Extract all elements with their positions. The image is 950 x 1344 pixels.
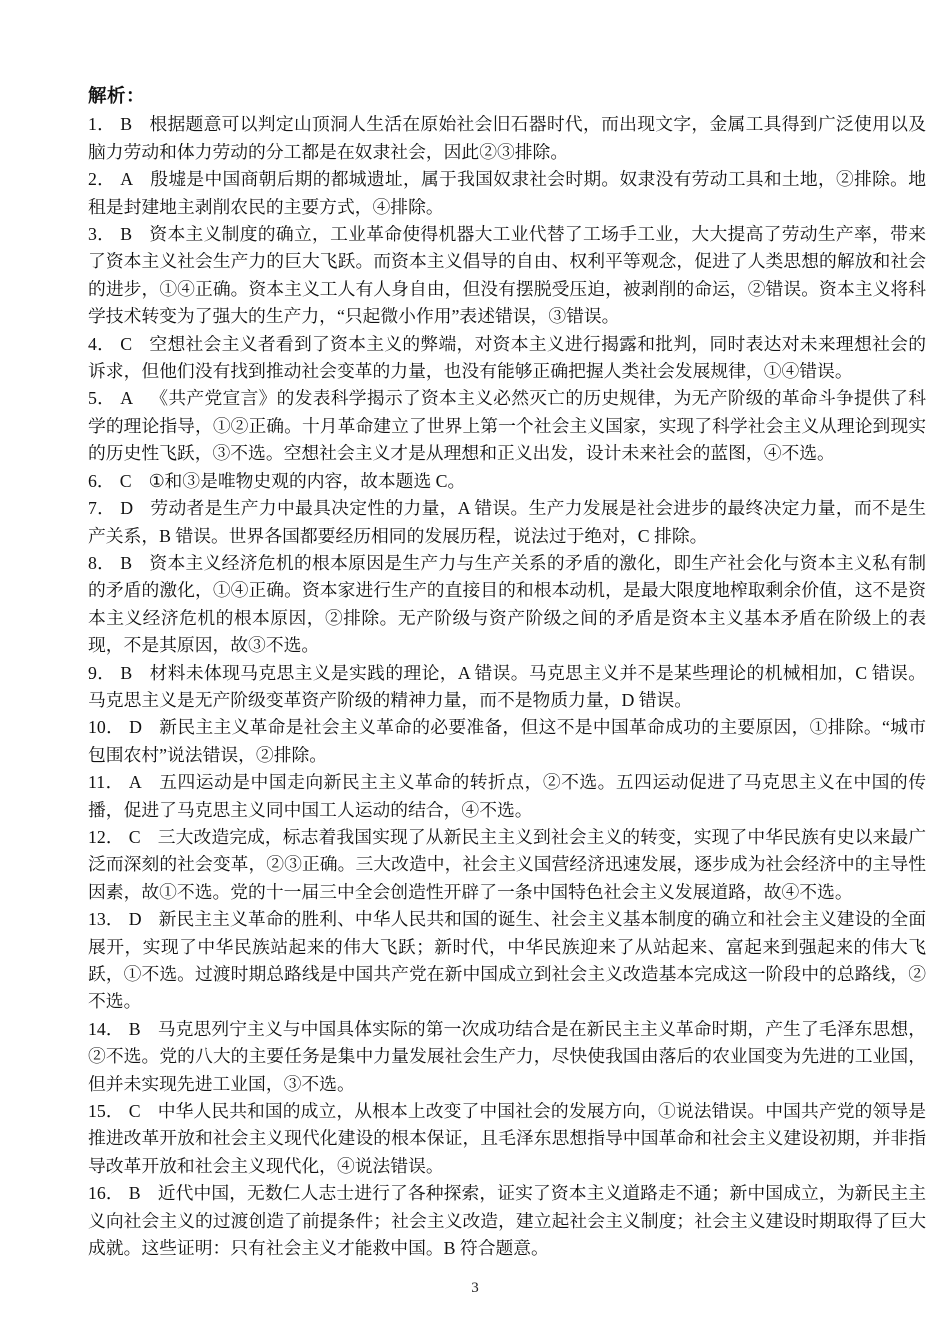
item-number-separator: ． [106, 827, 124, 847]
item-number-separator: ． [97, 224, 115, 244]
section-heading: 解析： [88, 84, 926, 111]
answer-item: 10．D新民主主义革命是社会主义革命的必要准备，但这不是中国革命成功的主要原因，… [88, 714, 926, 769]
item-number-separator: ． [97, 114, 115, 134]
item-number: 1 [88, 114, 97, 134]
answer-item: 3．B资本主义制度的确立，工业革命使得机器大工业代替了工场手工业，大大提高了劳动… [88, 221, 926, 331]
item-number: 4 [88, 334, 97, 354]
item-number: 11 [88, 772, 105, 792]
item-number-separator: ． [97, 663, 115, 683]
answer-item: 16．B近代中国，无数仁人志士进行了各种探索，证实了资本主义道路走不通；新中国成… [88, 1180, 926, 1262]
item-number-separator: ． [105, 772, 124, 792]
answer-letter: B [120, 663, 132, 683]
answer-letter: B [120, 224, 132, 244]
answer-item: 5．A《共产党宣言》的发表科学揭示了资本主义必然灭亡的历史规律，为无产阶级的革命… [88, 385, 926, 467]
answer-letter: B [120, 114, 132, 134]
item-number-separator: ． [97, 388, 115, 408]
answer-item: 2．A殷墟是中国商朝后期的都城遗址，属于我国奴隶社会时期。奴隶没有劳动工具和土地… [88, 166, 926, 221]
item-number-separator: ． [97, 553, 115, 573]
answer-item: 14．B马克思列宁主义与中国具体实际的第一次成功结合是在新民主主义革命时期，产生… [88, 1016, 926, 1098]
answer-item: 4．C空想社会主义者看到了资本主义的弊端，对资本主义进行揭露和批判，同时表达对未… [88, 331, 926, 386]
item-number: 10 [88, 717, 106, 737]
explanation-text: 五四运动是中国走向新民主主义革命的转折点，②不选。五四运动促进了马克思主义在中国… [88, 772, 926, 819]
item-number-separator: ． [97, 334, 115, 354]
page-number: 3 [0, 1278, 950, 1298]
item-number: 16 [88, 1183, 106, 1203]
explanation-text: 材料未体现马克思主义是实践的理论，A 错误。马克思主义并不是某些理论的机械相加，… [88, 663, 926, 710]
explanation-text: 近代中国，无数仁人志士进行了各种探索，证实了资本主义道路走不通；新中国成立，为新… [88, 1183, 926, 1258]
item-number-separator: ． [97, 498, 115, 518]
item-number-separator: ． [97, 471, 115, 491]
item-number-separator: ． [97, 169, 115, 189]
item-number-separator: ． [106, 1183, 124, 1203]
explanation-text: 资本主义制度的确立，工业革命使得机器大工业代替了工场手工业，大大提高了劳动生产率… [88, 224, 926, 326]
answer-list: 1．B根据题意可以判定山顶洞人生活在原始社会旧石器时代，而出现文字，金属工具得到… [88, 111, 926, 1262]
content-area: 解析： 1．B根据题意可以判定山顶洞人生活在原始社会旧石器时代，而出现文字，金属… [88, 84, 926, 1262]
explanation-text: 殷墟是中国商朝后期的都城遗址，属于我国奴隶社会时期。奴隶没有劳动工具和土地，②排… [88, 169, 926, 216]
explanation-text: 劳动者是生产力中最具决定性的力量，A 错误。生产力发展是社会进步的最终决定力量，… [88, 498, 926, 545]
explanation-text: 三大改造完成，标志着我国实现了从新民主主义到社会主义的转变，实现了中华民族有史以… [88, 827, 926, 902]
item-number: 13 [88, 909, 106, 929]
item-number: 12 [88, 827, 106, 847]
item-number: 8 [88, 553, 97, 573]
item-number-separator: ． [106, 1101, 124, 1121]
explanation-text: 中华人民共和国的成立，从根本上改变了中国社会的发展方向，①说法错误。中国共产党的… [88, 1101, 926, 1176]
answer-item: 11．A五四运动是中国走向新民主主义革命的转折点，②不选。五四运动促进了马克思主… [88, 769, 926, 824]
answer-letter: D [129, 909, 142, 929]
explanation-text: 空想社会主义者看到了资本主义的弊端，对资本主义进行揭露和批判，同时表达对未来理想… [88, 334, 926, 381]
answer-letter: B [129, 1019, 141, 1039]
item-number: 14 [88, 1019, 106, 1039]
answer-letter: D [120, 498, 133, 518]
document-page: 解析： 1．B根据题意可以判定山顶洞人生活在原始社会旧石器时代，而出现文字，金属… [0, 0, 950, 1344]
explanation-text: 新民主主义革命的胜利、中华人民共和国的诞生、社会主义基本制度的确立和社会主义建设… [88, 909, 926, 1011]
answer-item: 12．C三大改造完成，标志着我国实现了从新民主主义到社会主义的转变，实现了中华民… [88, 824, 926, 906]
answer-letter: A [129, 772, 142, 792]
item-number: 3 [88, 224, 97, 244]
answer-letter: D [129, 717, 142, 737]
item-number: 9 [88, 663, 97, 683]
explanation-text: 《共产党宣言》的发表科学揭示了资本主义必然灭亡的历史规律，为无产阶级的革命斗争提… [88, 388, 926, 463]
answer-item: 6．C①和③是唯物史观的内容，故本题选 C。 [88, 468, 926, 495]
item-number: 7 [88, 498, 97, 518]
answer-letter: A [120, 388, 133, 408]
item-number-separator: ． [106, 717, 124, 737]
explanation-text: 新民主主义革命是社会主义革命的必要准备，但这不是中国革命成功的主要原因，①排除。… [88, 717, 926, 764]
answer-letter: C [129, 827, 141, 847]
answer-letter: C [120, 471, 132, 491]
item-number: 5 [88, 388, 97, 408]
item-number: 6 [88, 471, 97, 491]
explanation-text: 根据题意可以判定山顶洞人生活在原始社会旧石器时代，而出现文字，金属工具得到广泛使… [88, 114, 926, 161]
answer-item: 1．B根据题意可以判定山顶洞人生活在原始社会旧石器时代，而出现文字，金属工具得到… [88, 111, 926, 166]
explanation-text: 马克思列宁主义与中国具体实际的第一次成功结合是在新民主主义革命时期，产生了毛泽东… [88, 1019, 926, 1094]
answer-letter: B [120, 553, 132, 573]
item-number: 15 [88, 1101, 106, 1121]
explanation-text: ①和③是唯物史观的内容，故本题选 C。 [149, 471, 466, 491]
answer-letter: C [120, 334, 132, 354]
answer-letter: A [120, 169, 133, 189]
answer-item: 8．B资本主义经济危机的根本原因是生产力与生产关系的矛盾的激化，即生产社会化与资… [88, 550, 926, 660]
explanation-text: 资本主义经济危机的根本原因是生产力与生产关系的矛盾的激化，即生产社会化与资本主义… [88, 553, 926, 655]
answer-item: 9．B材料未体现马克思主义是实践的理论，A 错误。马克思主义并不是某些理论的机械… [88, 660, 926, 715]
answer-letter: C [129, 1101, 141, 1121]
answer-item: 7．D劳动者是生产力中最具决定性的力量，A 错误。生产力发展是社会进步的最终决定… [88, 495, 926, 550]
item-number-separator: ． [106, 1019, 124, 1039]
answer-letter: B [129, 1183, 141, 1203]
item-number: 2 [88, 169, 97, 189]
answer-item: 13．D新民主主义革命的胜利、中华人民共和国的诞生、社会主义基本制度的确立和社会… [88, 906, 926, 1016]
answer-item: 15．C中华人民共和国的成立，从根本上改变了中国社会的发展方向，①说法错误。中国… [88, 1098, 926, 1180]
item-number-separator: ． [106, 909, 124, 929]
